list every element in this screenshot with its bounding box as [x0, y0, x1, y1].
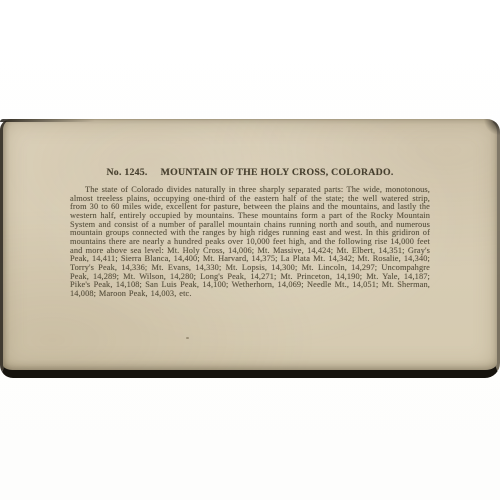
stereocard-back: No. 1245.MOUNTAIN OF THE HOLY CROSS, COL…	[0, 119, 500, 378]
paper-speck	[186, 337, 189, 339]
card-description-paragraph: The state of Colorado divides naturally …	[70, 186, 430, 299]
paper-speck	[265, 240, 267, 242]
card-title: No. 1245.MOUNTAIN OF THE HOLY CROSS, COL…	[3, 167, 497, 178]
card-title-main: MOUNTAIN OF THE HOLY CROSS, COLORADO.	[161, 167, 394, 178]
card-title-number: No. 1245.	[106, 167, 147, 178]
card-top-edge-shadow	[0, 119, 95, 122]
